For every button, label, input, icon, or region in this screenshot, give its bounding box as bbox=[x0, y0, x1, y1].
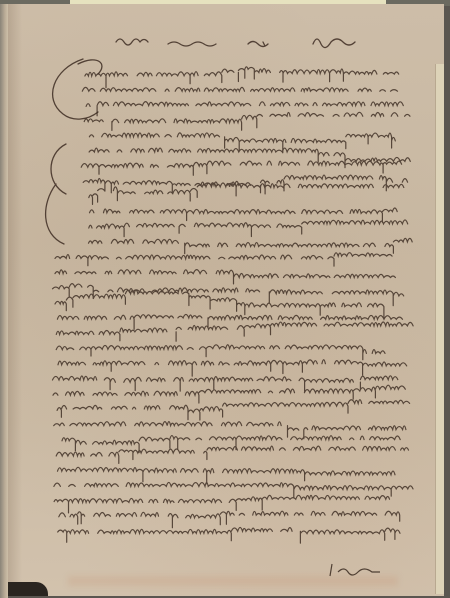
text-line bbox=[58, 360, 407, 376]
header-line bbox=[116, 39, 355, 48]
text-line bbox=[54, 482, 418, 497]
text-line bbox=[86, 102, 403, 116]
book-binding bbox=[0, 4, 8, 598]
text-line bbox=[54, 422, 406, 439]
text-line bbox=[85, 67, 399, 88]
text-line bbox=[55, 253, 399, 266]
text-line bbox=[89, 148, 410, 168]
text-line bbox=[56, 322, 413, 341]
text-line bbox=[89, 133, 399, 153]
text-line bbox=[56, 345, 385, 360]
text-line bbox=[84, 112, 419, 130]
text-line bbox=[55, 270, 395, 284]
handwriting bbox=[8, 4, 444, 596]
text-line bbox=[58, 527, 400, 543]
text-line bbox=[89, 220, 408, 237]
text-line bbox=[89, 238, 413, 253]
text-line bbox=[57, 314, 402, 329]
text-line bbox=[56, 446, 408, 463]
text-line bbox=[57, 400, 416, 420]
text-line bbox=[82, 87, 403, 91]
text-line bbox=[90, 208, 402, 222]
text-line bbox=[89, 183, 409, 204]
text-line bbox=[59, 511, 400, 528]
text-line bbox=[58, 467, 395, 484]
signature-rubric bbox=[330, 564, 380, 576]
manuscript-page bbox=[8, 4, 444, 596]
text-line bbox=[55, 290, 384, 318]
text-line bbox=[54, 495, 389, 513]
text-line bbox=[81, 161, 401, 175]
bottom-shadow bbox=[8, 582, 48, 596]
